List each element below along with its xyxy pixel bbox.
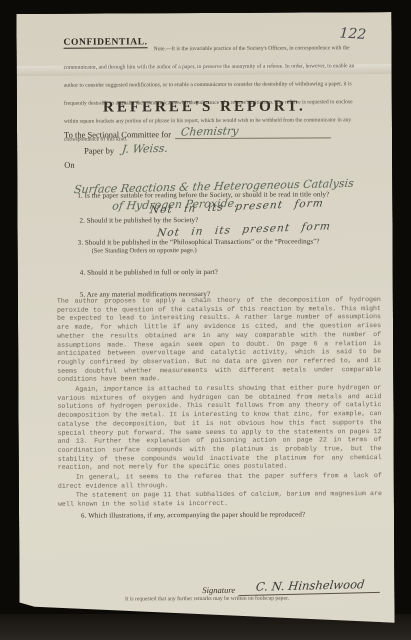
paper-author-value: J. Weiss. (121, 142, 168, 156)
sectional-committee-value: Chemistry (180, 124, 239, 138)
question-6-text: Which illustrations, if any, accompanyin… (88, 510, 305, 519)
signature-label: Signature (202, 584, 235, 594)
question-2-text: Should it be published by the Society? (87, 216, 199, 225)
report-paragraph-1: The author proposes to apply a chain the… (57, 296, 381, 385)
question-4-number: 4. (80, 269, 85, 277)
page-title: REFEREE'S REPORT. (17, 98, 392, 117)
paper-on-label: On (64, 160, 74, 170)
confidential-label: CONFIDENTIAL. (64, 37, 148, 49)
foolscap-note: It is requested that any further remarks… (19, 595, 394, 603)
sectional-committee-label: To the Sectional Committee for (64, 129, 171, 140)
signature-value: C. N. Hinshelwood (238, 579, 381, 596)
sectional-committee-line: To the Sectional Committee for Chemistry (64, 124, 331, 139)
question-6: 6. Which illustrations, if any, accompan… (81, 510, 381, 520)
report-paragraph-4: The statement on page 11 that subhalides… (58, 491, 382, 510)
report-paragraph-3: In general, it seems to the referee that… (58, 472, 382, 491)
question-1: 1. Is the paper suitable for reading bef… (77, 190, 377, 200)
signature-line: Signature C. N. Hinshelwood (202, 580, 380, 594)
report-paragraph-2: Again, importance is attached to results… (57, 384, 381, 473)
question-4-text: Should it be published in full or only i… (87, 268, 218, 277)
question-2-number: 2. (79, 217, 84, 225)
question-3: 3. Should it be published in the “Philos… (78, 237, 383, 247)
question-3-subnote: (See Standing Orders on opposite page.) (92, 247, 197, 255)
question-3-number: 3. (78, 239, 83, 247)
sectional-committee-blank: Chemistry (175, 124, 331, 139)
paper-by-label: Paper by (84, 145, 114, 155)
referees-report-page: 122 CONFIDENTIAL. Note.—It is the invari… (16, 12, 394, 629)
question-1-number: 1. (77, 192, 82, 200)
paper-by-line: Paper by J. Weiss. (84, 142, 224, 156)
question-2: 2. Should it be published by the Society… (79, 215, 379, 225)
typed-referee-remarks: The author proposes to apply a chain the… (57, 296, 382, 511)
question-6-number: 6. (81, 512, 86, 520)
question-4: 4. Should it be published in full or onl… (80, 267, 380, 277)
question-3-text: Should it be published in the “Philosoph… (85, 237, 320, 246)
